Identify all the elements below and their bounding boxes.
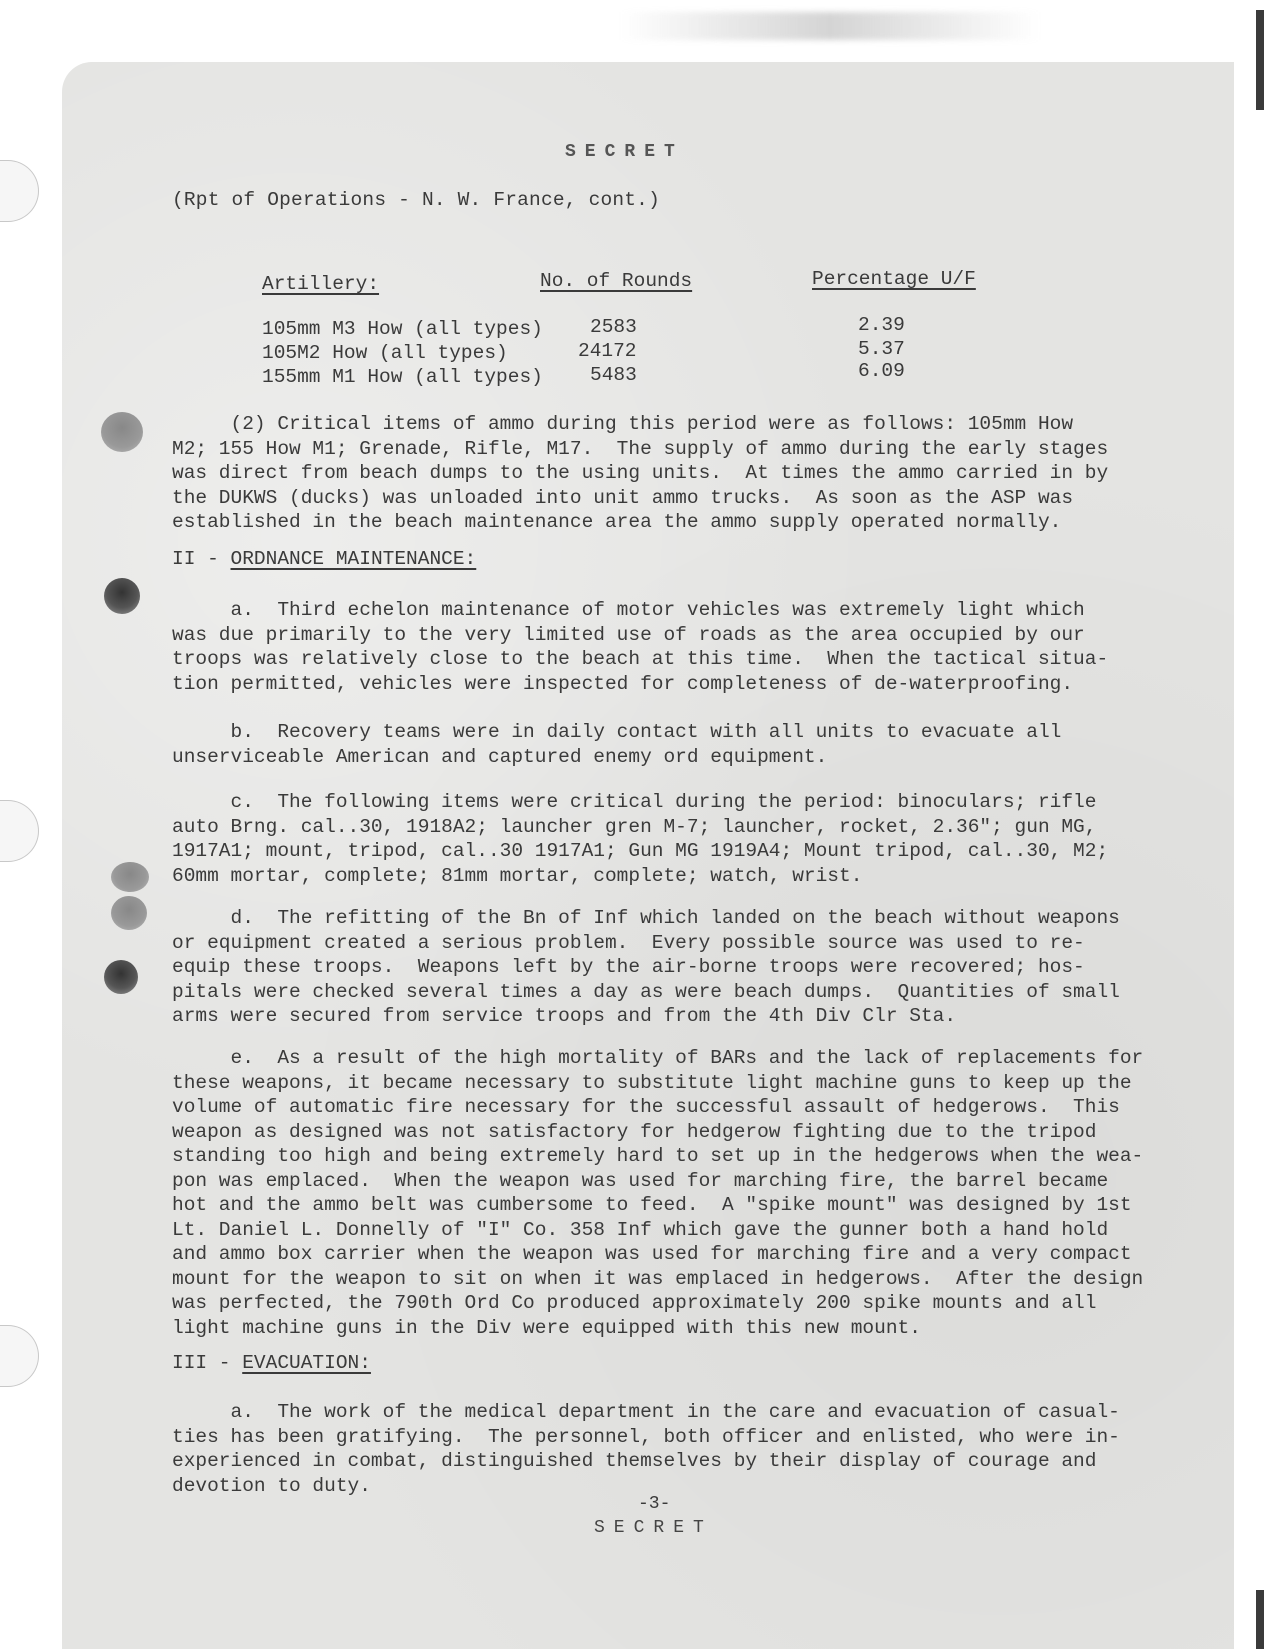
section-heading-evacuation: III - EVACUATION: [172, 1352, 371, 1374]
text-line: 1917A1; mount, tripod, cal..30 1917A1; G… [172, 839, 1152, 864]
text-line: d. The refitting of the Bn of Inf which … [172, 906, 1152, 931]
scan-edge-bar [1256, 1590, 1264, 1649]
text-line: (2) Critical items of ammo during this p… [172, 412, 1152, 437]
text-line: b. Recovery teams were in daily contact … [172, 720, 1152, 745]
column-header-artillery: Artillery: [262, 273, 379, 295]
scan-artifact [620, 12, 1040, 40]
section-title: ORDNANCE MAINTENANCE: [231, 548, 477, 570]
table-cell-item: 105M2 How (all types) [262, 342, 508, 364]
text-line: light machine guns in the Div were equip… [172, 1316, 1152, 1341]
text-line: was direct from beach dumps to the using… [172, 461, 1152, 486]
paper-edge-notch [0, 1325, 39, 1387]
punch-hole-icon [104, 960, 138, 994]
text-line: weapon as designed was not satisfactory … [172, 1120, 1152, 1145]
table-cell-item: 155mm M1 How (all types) [262, 366, 543, 388]
document-subtitle: (Rpt of Operations - N. W. France, cont.… [172, 188, 660, 213]
text-line: volume of automatic fire necessary for t… [172, 1095, 1152, 1120]
paper-edge-notch [0, 800, 39, 862]
paragraph-2e: e. As a result of the high mortality of … [172, 1046, 1152, 1340]
table-cell-rounds: 5483 [590, 364, 637, 386]
punch-hole-icon [111, 896, 147, 930]
scan-edge-bar [1256, 10, 1264, 110]
section-number: III - [172, 1352, 242, 1374]
text-line: a. The work of the medical department in… [172, 1400, 1152, 1425]
paragraph-2a: a. Third echelon maintenance of motor ve… [172, 598, 1152, 696]
text-line: experienced in combat, distinguished the… [172, 1449, 1152, 1474]
text-line: auto Brng. cal..30, 1918A2; launcher gre… [172, 815, 1152, 840]
text-line: mount for the weapon to sit on when it w… [172, 1267, 1152, 1292]
classification-header: SECRET [565, 142, 684, 162]
text-line: and ammo box carrier when the weapon was… [172, 1242, 1152, 1267]
text-line: c. The following items were critical dur… [172, 790, 1152, 815]
paragraph-3a: a. The work of the medical department in… [172, 1400, 1152, 1498]
text-line: 60mm mortar, complete; 81mm mortar, comp… [172, 864, 1152, 889]
text-line: standing too high and being extremely ha… [172, 1144, 1152, 1169]
text-line: or equipment created a serious problem. … [172, 931, 1152, 956]
table-cell-rounds: 2583 [590, 316, 637, 338]
section-heading-ordnance: II - ORDNANCE MAINTENANCE: [172, 548, 476, 570]
punch-hole-icon [101, 412, 143, 452]
text-line: was due primarily to the very limited us… [172, 623, 1152, 648]
punch-hole-icon [111, 862, 149, 892]
paragraph-critical-ammo: (2) Critical items of ammo during this p… [172, 412, 1152, 535]
text-line: the DUKWS (ducks) was unloaded into unit… [172, 486, 1152, 511]
paper-edge-notch [0, 160, 39, 222]
text-line: a. Third echelon maintenance of motor ve… [172, 598, 1152, 623]
column-header-percentage: Percentage U/F [812, 268, 976, 290]
text-line: pon was emplaced. When the weapon was us… [172, 1169, 1152, 1194]
text-line: these weapons, it became necessary to su… [172, 1071, 1152, 1096]
paragraph-2c: c. The following items were critical dur… [172, 790, 1152, 888]
text-line: tion permitted, vehicles were inspected … [172, 672, 1152, 697]
text-line: unserviceable American and captured enem… [172, 745, 1152, 770]
text-line: arms were secured from service troops an… [172, 1004, 1152, 1029]
paragraph-2b: b. Recovery teams were in daily contact … [172, 720, 1152, 769]
column-header-rounds: No. of Rounds [540, 270, 692, 292]
table-cell-rounds: 24172 [578, 340, 637, 362]
text-line: M2; 155 How M1; Grenade, Rifle, M17. The… [172, 437, 1152, 462]
table-cell-item: 105mm M3 How (all types) [262, 318, 543, 340]
section-title: EVACUATION: [242, 1352, 371, 1374]
text-line: ties has been gratifying. The personnel,… [172, 1425, 1152, 1450]
table-cell-percentage: 6.09 [858, 360, 905, 382]
text-line: equip these troops. Weapons left by the … [172, 955, 1152, 980]
text-line: pitals were checked several times a day … [172, 980, 1152, 1005]
text-line: Lt. Daniel L. Donnelly of "I" Co. 358 In… [172, 1218, 1152, 1243]
classification-footer: SECRET [594, 1518, 713, 1538]
table-cell-percentage: 2.39 [858, 314, 905, 336]
text-line: troops was relatively close to the beach… [172, 647, 1152, 672]
page-number: -3- [638, 1494, 670, 1514]
section-number: II - [172, 548, 231, 570]
text-line: e. As a result of the high mortality of … [172, 1046, 1152, 1071]
punch-hole-icon [104, 578, 140, 614]
table-cell-percentage: 5.37 [858, 338, 905, 360]
text-line: hot and the ammo belt was cumbersome to … [172, 1193, 1152, 1218]
paragraph-2d: d. The refitting of the Bn of Inf which … [172, 906, 1152, 1029]
text-line: was perfected, the 790th Ord Co produced… [172, 1291, 1152, 1316]
text-line: established in the beach maintenance are… [172, 510, 1152, 535]
